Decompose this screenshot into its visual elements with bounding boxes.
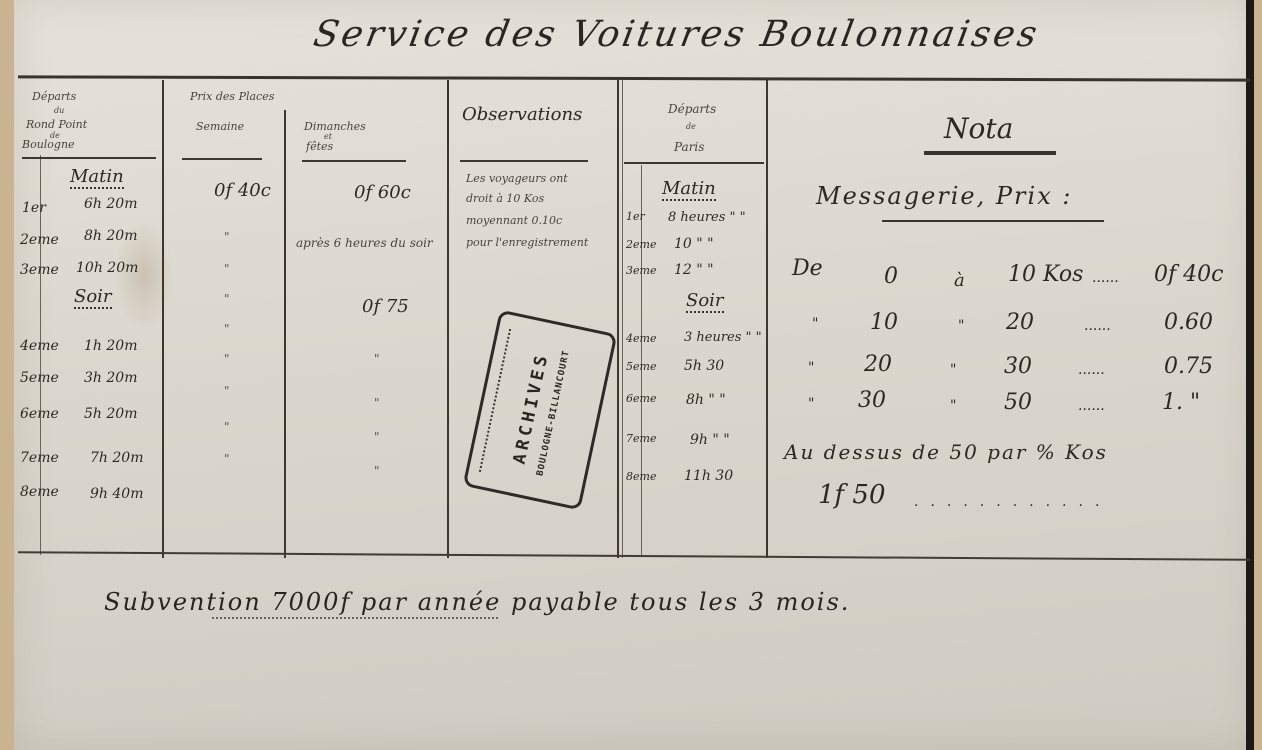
rate-2-leader: ......: [1084, 318, 1111, 334]
header-underline-boulogne: [22, 157, 156, 159]
boulogne-ordinal-4: 4eme: [20, 338, 59, 354]
boulogne-soir-label: Soir: [74, 286, 112, 309]
boulogne-time-1: 6h 20m: [84, 196, 137, 212]
paris-ordinal-8: 8eme: [626, 470, 656, 483]
semaine-header: Semaine: [196, 120, 244, 133]
nota-beyond-leader: ............: [914, 494, 1111, 510]
observations-line-1: Les voyageurs ont: [466, 172, 568, 185]
paris-time-5: 5h 30: [684, 358, 724, 374]
paris-time-2: 10 " ": [674, 236, 714, 252]
paris-time-8: 11h 30: [684, 468, 733, 484]
prix-group-header: Prix des Places: [190, 90, 274, 103]
boulogne-ordinal-8: 8eme: [20, 484, 59, 500]
boulogne-time-7: 7h 20m: [90, 450, 143, 466]
boulogne-ordinal-1: 1er: [22, 200, 46, 216]
rate-2-price: 0.60: [1164, 310, 1213, 335]
nota-beyond-price: 1f 50: [818, 480, 886, 510]
paris-matin-label: Matin: [662, 178, 716, 201]
rate-3-price: 0.75: [1164, 354, 1213, 379]
header-rule: [18, 75, 1250, 81]
rate-3-from: 20: [864, 352, 892, 377]
rate-2-to-prefix: ": [958, 318, 964, 334]
table-bottom-rule: [18, 551, 1250, 561]
dimanches-price: 0f 60c: [354, 182, 411, 203]
paris-ordinal-5: 5eme: [626, 360, 656, 373]
boulogne-header-2: du: [54, 106, 64, 115]
column-divider-4: [617, 80, 619, 558]
column-divider-1: [162, 80, 164, 558]
boulogne-header-5: Boulogne: [22, 138, 75, 151]
boulogne-header-1: Départs: [32, 90, 76, 103]
rate-1-to: 10 Kos: [1008, 262, 1083, 287]
rate-4-to-prefix: ": [950, 398, 956, 414]
paris-ordinal-3: 3eme: [626, 264, 656, 277]
paris-time-6: 8h " ": [686, 392, 726, 408]
paris-soir-label: Soir: [686, 290, 724, 313]
rate-1-leader: ......: [1092, 270, 1119, 286]
document-page: Service des Voitures Boulonnaises Départ…: [14, 0, 1254, 750]
boulogne-ordinal-5: 5eme: [20, 370, 59, 386]
boulogne-time-2: 8h 20m: [84, 228, 137, 244]
nota-title-underline: [924, 151, 1056, 155]
paris-ordinal-2: 2eme: [626, 238, 656, 251]
paris-ordinal-6: 6eme: [626, 392, 656, 405]
subvention-underline: [212, 617, 498, 619]
rate-2-from-prefix: ": [812, 316, 818, 332]
paris-ordinal-4: 4eme: [626, 332, 656, 345]
paris-header-3: Paris: [674, 140, 704, 154]
semaine-ditto-1: ": [224, 230, 230, 244]
boulogne-matin-label: Matin: [70, 166, 124, 189]
boulogne-time-8: 9h 40m: [90, 486, 143, 502]
header-underline-paris: [624, 162, 764, 164]
rate-3-from-prefix: ": [808, 360, 814, 376]
paris-ordinal-7: 7eme: [626, 432, 656, 445]
paris-time-3: 12 " ": [674, 262, 714, 278]
dimanches-note: après 6 heures du soir: [296, 236, 433, 250]
boulogne-ordinal-3: 3eme: [20, 262, 59, 278]
header-underline-semaine: [182, 158, 262, 160]
column-divider-4b: [622, 80, 623, 558]
semaine-ditto-7: ": [224, 420, 230, 434]
paris-time-4: 3 heures " ": [684, 330, 762, 345]
header-underline-observations: [460, 160, 588, 162]
rate-2-to: 20: [1006, 310, 1034, 335]
semaine-ditto-4: ": [224, 322, 230, 336]
dimanches-ditto-4: ": [374, 464, 380, 478]
subvention-note: Subvention 7000f par année payable tous …: [104, 588, 850, 616]
rate-1-from: 0: [884, 264, 898, 289]
rate-4-price: 1. ": [1162, 390, 1200, 415]
nota-title: Nota: [944, 112, 1013, 145]
rate-1-to-prefix: à: [954, 270, 965, 291]
observations-header: Observations: [462, 104, 582, 125]
boulogne-ordinal-2: 2eme: [20, 232, 59, 248]
paris-header-2: de: [686, 122, 696, 131]
rate-4-from-prefix: ": [808, 396, 814, 412]
rate-4-from: 30: [858, 388, 886, 413]
archives-stamp: ARCHIVES BOULOGNE-BILLANCOURT: [463, 309, 618, 510]
dimanches-header-3: fêtes: [306, 140, 333, 153]
boulogne-time-3: 10h 20m: [76, 260, 138, 276]
header-underline-dimanches: [302, 160, 406, 162]
page-edge-shadow: [1246, 0, 1254, 750]
nota-beyond-line: Au dessus de 50 par % Kos: [784, 440, 1108, 464]
boulogne-ordinal-7: 7eme: [20, 450, 59, 466]
rate-3-leader: ......: [1078, 362, 1105, 378]
dimanches-header-1: Dimanches: [304, 120, 366, 133]
paris-time-7: 9h " ": [690, 432, 730, 448]
rate-2-from: 10: [870, 310, 898, 335]
dimanches-ditto-3: ": [374, 430, 380, 444]
rate-3-to: 30: [1004, 354, 1032, 379]
column-divider-5: [766, 80, 768, 558]
semaine-ditto-3: ": [224, 292, 230, 306]
rate-4-leader: ......: [1078, 398, 1105, 414]
column-divider-3: [447, 80, 449, 558]
dimanches-ditto-1: ": [374, 352, 380, 366]
nota-subtitle-underline: [882, 220, 1104, 222]
boulogne-time-4: 1h 20m: [84, 338, 137, 354]
observations-line-4: pour l'enregistrement: [466, 236, 588, 249]
boulogne-time-5: 3h 20m: [84, 370, 137, 386]
semaine-price: 0f 40c: [214, 180, 271, 201]
boulogne-header-3: Rond Point: [26, 118, 87, 131]
dimanches-ditto-2: ": [374, 396, 380, 410]
semaine-ditto-8: ": [224, 452, 230, 466]
boulogne-ordinal-6: 6eme: [20, 406, 59, 422]
rate-1-price: 0f 40c: [1154, 262, 1223, 287]
stamp-dotted-line: [479, 329, 511, 472]
rate-1-from-prefix: De: [792, 256, 823, 281]
paris-time-1: 8 heures " ": [668, 210, 746, 225]
paris-header-1: Départs: [668, 102, 716, 116]
semaine-ditto-2: ": [224, 262, 230, 276]
rate-4-to: 50: [1004, 390, 1032, 415]
dimanches-evening-price: 0f 75: [362, 296, 409, 317]
semaine-ditto-6: ": [224, 384, 230, 398]
observations-line-2: droit à 10 Kos: [466, 192, 544, 205]
document-title: Service des Voitures Boulonnaises: [310, 14, 1217, 55]
semaine-ditto-5: ": [224, 352, 230, 366]
nota-subtitle: Messagerie, Prix :: [816, 182, 1072, 210]
observations-line-3: moyennant 0.10c: [466, 214, 562, 227]
column-divider-2: [284, 110, 286, 558]
rate-3-to-prefix: ": [950, 362, 956, 378]
paris-ordinal-1: 1er: [626, 210, 645, 223]
boulogne-time-6: 5h 20m: [84, 406, 137, 422]
